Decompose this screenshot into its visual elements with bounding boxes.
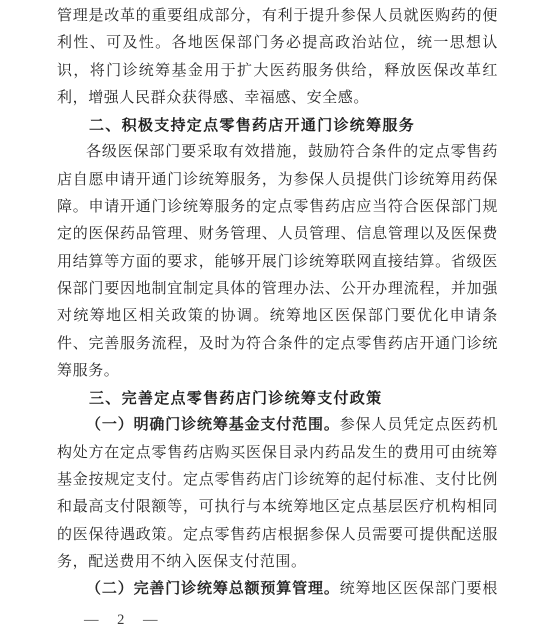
page-number: — 2 — <box>84 608 159 632</box>
body-line: 的医保待遇政策。定点零售药店根据参保人员需要可提供配送服 <box>57 522 498 549</box>
body-line: 和最高支付限额等，可执行与本统筹地区定点基层医疗机构相同 <box>57 494 498 521</box>
section-heading-2: 二、积极支持定点零售药店开通门诊统筹服务 <box>57 112 498 139</box>
body-line: 利，增强人民群众获得感、幸福感、安全感。 <box>57 85 498 112</box>
body-line: 构处方在定点零售药店购买医保目录内药品发生的费用可由统筹 <box>57 440 498 467</box>
document-text-block: 管理是改革的重要组成部分，有利于提升参保人员就医购药的便 利性、可及性。各地医保… <box>57 3 498 604</box>
section-heading-3: 三、完善定点零售药店门诊统筹支付政策 <box>57 385 498 412</box>
body-line: 务，配送费用不纳入医保支付范围。 <box>57 549 498 576</box>
body-line: 件、完善服务流程，及时为符合条件的定点零售药店开通门诊统 <box>57 331 498 358</box>
body-line: 识，将门诊统筹基金用于扩大医药服务供给，释放医保改革红 <box>57 58 498 85</box>
body-line: 保部门要因地制宜制定具体的管理办法、公开办理流程，并加强 <box>57 276 498 303</box>
subitem-body: 统筹地区医保部门要根 <box>340 581 498 597</box>
subitem-title: （二）完善门诊统筹总额预算管理。 <box>86 581 340 597</box>
paragraph-start-line: 各级医保部门要采取有效措施，鼓励符合条件的定点零售药 <box>57 139 498 166</box>
body-line: 定的医保药品管理、财务管理、人员管理、信息管理以及医保费 <box>57 221 498 248</box>
subitem-line-1: （一）明确门诊统筹基金支付范围。参保人员凭定点医药机 <box>57 412 498 439</box>
body-line: 障。申请开通门诊统筹服务的定点零售药店应当符合医保部门规 <box>57 194 498 221</box>
document-page: 管理是改革的重要组成部分，有利于提升参保人员就医购药的便 利性、可及性。各地医保… <box>0 0 554 635</box>
body-line: 基金按规定支付。定点零售药店门诊统筹的起付标准、支付比例 <box>57 467 498 494</box>
body-line: 利性、可及性。各地医保部门务必提高政治站位，统一思想认 <box>57 30 498 57</box>
body-line: 对统筹地区相关政策的协调。统筹地区医保部门要优化申请条 <box>57 303 498 330</box>
subitem-title: （一）明确门诊统筹基金支付范围。 <box>86 417 340 433</box>
body-line: 店自愿申请开通门诊统筹服务，为参保人员提供门诊统筹用药保 <box>57 167 498 194</box>
body-line: 管理是改革的重要组成部分，有利于提升参保人员就医购药的便 <box>57 3 498 30</box>
subitem-body: 参保人员凭定点医药机 <box>340 417 498 433</box>
body-line: 筹服务。 <box>57 358 498 385</box>
body-line: 用结算等方面的要求，能够开展门诊统筹联网直接结算。省级医 <box>57 249 498 276</box>
subitem-line-2: （二）完善门诊统筹总额预算管理。统筹地区医保部门要根 <box>57 576 498 603</box>
